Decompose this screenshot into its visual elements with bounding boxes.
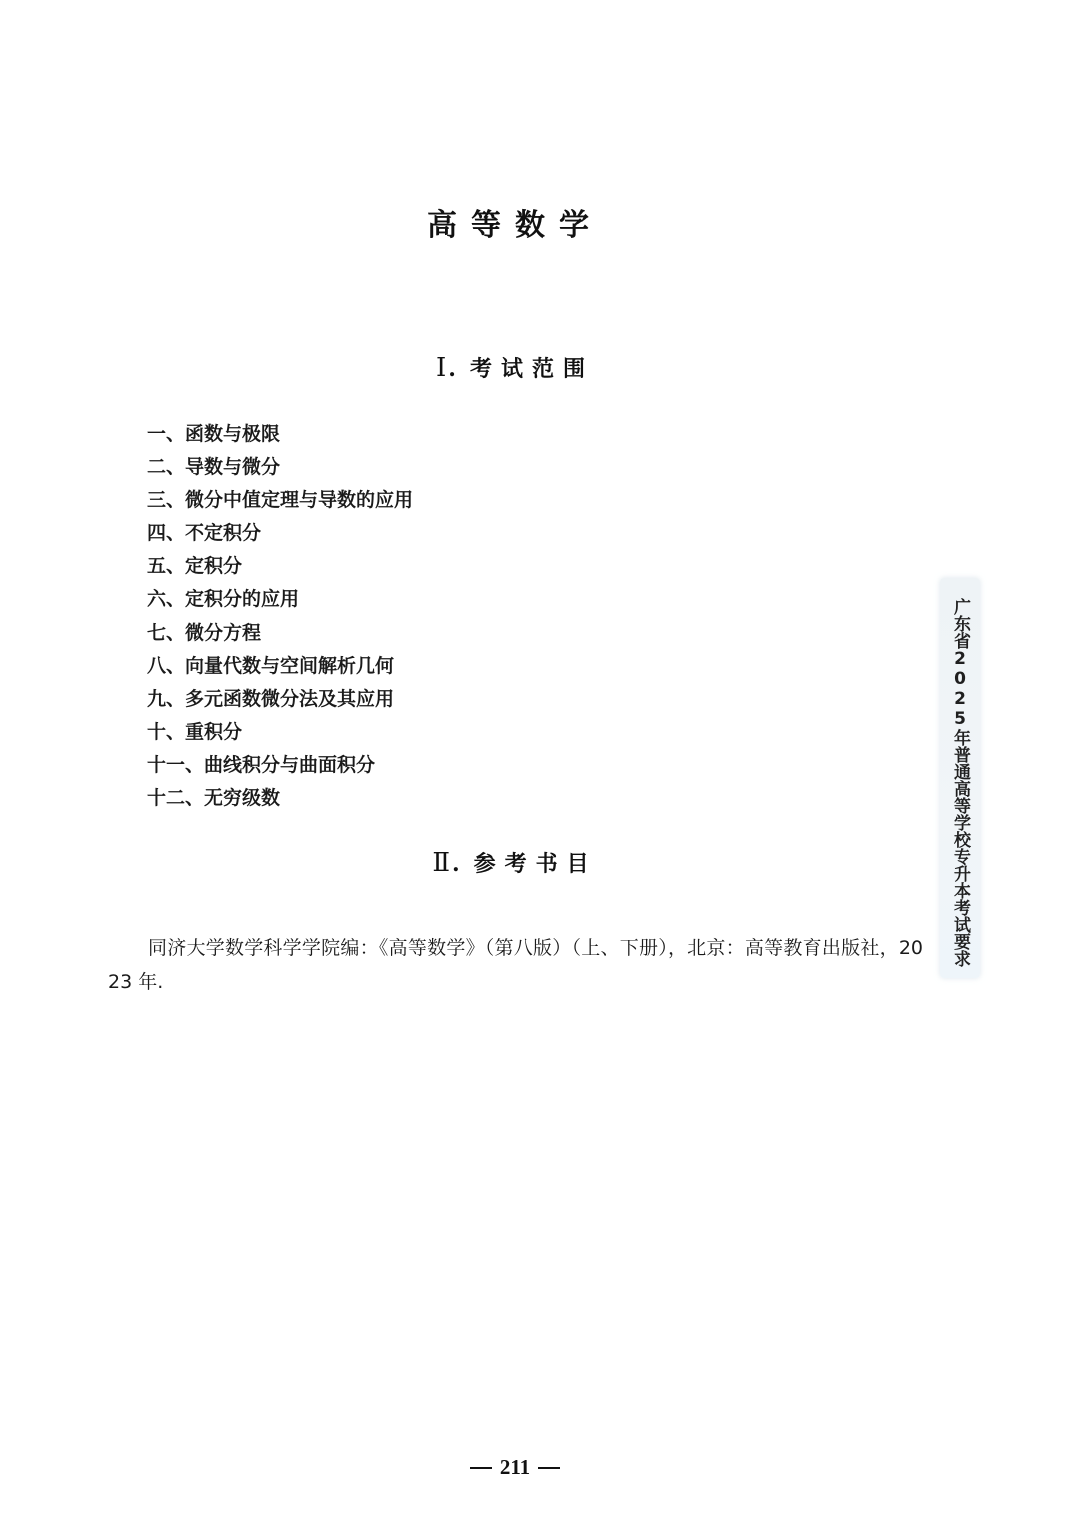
section-separator: . <box>452 851 460 877</box>
list-item: 六、定积分的应用 <box>147 583 413 616</box>
list-item: 十二、无穷级数 <box>147 782 413 815</box>
reference-paragraph: 同济大学数学科学学院编：《高等数学》（第八版）（上、下册），北京：高等教育出版社… <box>108 931 923 999</box>
dash-right <box>538 1467 560 1469</box>
list-item: 十一、曲线积分与曲面积分 <box>147 749 413 782</box>
list-item: 五、定积分 <box>147 550 413 583</box>
section-heading-text: 参考书目 <box>474 851 598 877</box>
section-separator: . <box>448 356 456 382</box>
list-item: 四、不定积分 <box>147 517 413 550</box>
list-item: 二、导数与微分 <box>147 451 413 484</box>
section-numeral: Ⅰ <box>436 353 446 382</box>
list-item: 十、重积分 <box>147 716 413 749</box>
list-item: 七、微分方程 <box>147 617 413 650</box>
page-number-value: 211 <box>500 1455 530 1479</box>
page-title: 高等数学 <box>0 200 1030 244</box>
section-numeral: Ⅱ <box>432 848 450 877</box>
section-heading-exam-scope: Ⅰ.考试范围 <box>0 352 1030 383</box>
list-item: 一、函数与极限 <box>147 418 413 451</box>
exam-scope-list: 一、函数与极限 二、导数与微分 三、微分中值定理与导数的应用 四、不定积分 五、… <box>147 418 413 815</box>
list-item: 三、微分中值定理与导数的应用 <box>147 484 413 517</box>
document-page: 高等数学 Ⅰ.考试范围 一、函数与极限 二、导数与微分 三、微分中值定理与导数的… <box>0 0 1080 1528</box>
section-heading-references: Ⅱ.参考书目 <box>0 847 1030 878</box>
side-tab: 广东省2025年普通高等学校专升本考试要求 <box>940 578 980 978</box>
side-tab-label: 广东省2025年普通高等学校专升本考试要求 <box>950 598 970 967</box>
list-item: 九、多元函数微分法及其应用 <box>147 683 413 716</box>
dash-left <box>470 1467 492 1469</box>
section-heading-text: 考试范围 <box>470 356 594 382</box>
list-item: 八、向量代数与空间解析几何 <box>147 650 413 683</box>
page-number: 211 <box>0 1455 1030 1480</box>
